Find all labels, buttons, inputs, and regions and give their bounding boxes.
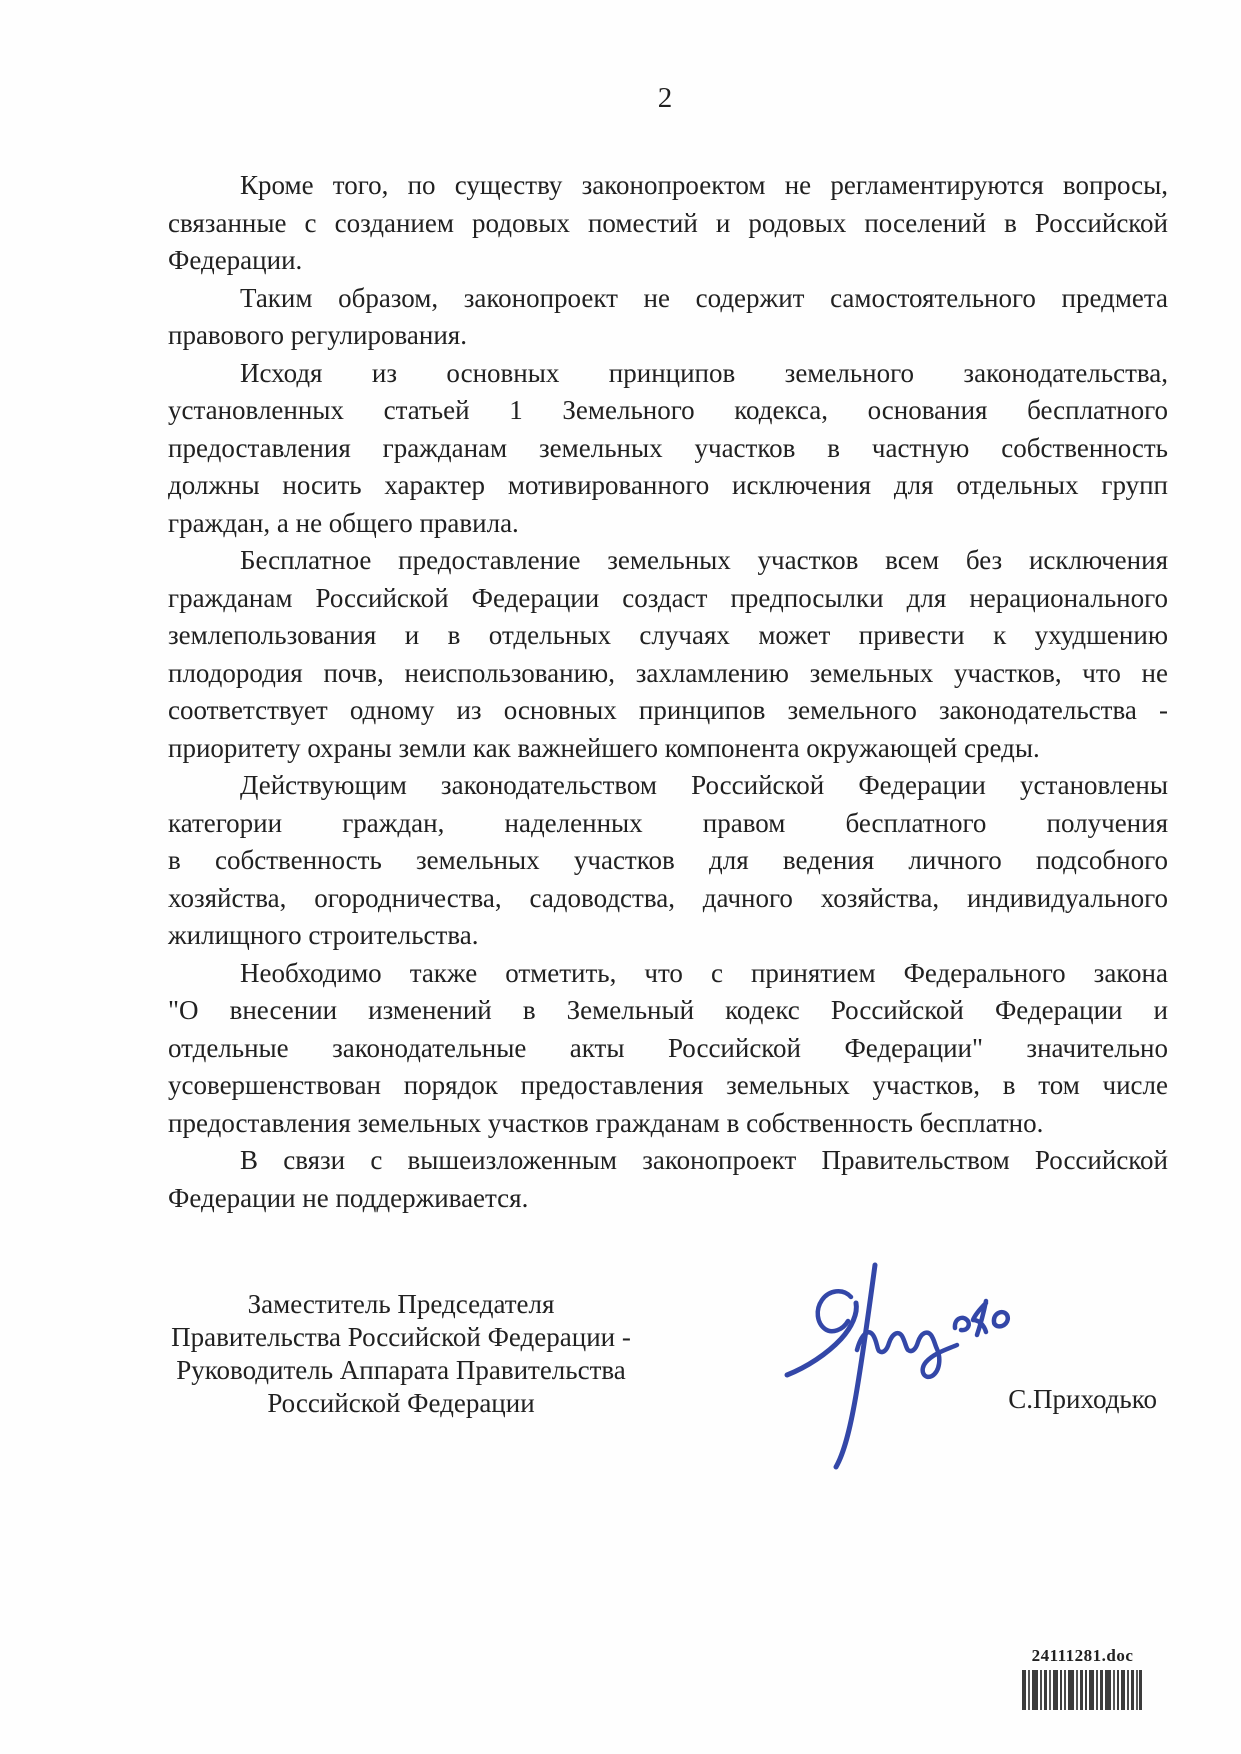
document-body: Кроме того, по существу законопроектом н… [168, 167, 1168, 1217]
text-line: граждан, а не общего правила. [168, 505, 1168, 543]
signature-stroke [787, 1303, 856, 1375]
text-line: установленных статьей 1 Земельного кодек… [168, 392, 1168, 430]
signature-title-line: Правительства Российской Федерации - [151, 1321, 651, 1354]
document-page: 2 Кроме того, по существу законопроектом… [0, 0, 1241, 1754]
signature-stroke [994, 1312, 1008, 1326]
text-line: должны носить характер мотивированного и… [168, 467, 1168, 505]
text-line: правового регулирования. [168, 317, 1168, 355]
text-line: усовершенствован порядок предоставления … [168, 1067, 1168, 1105]
text-line: приоритету охраны земли как важнейшего к… [168, 730, 1168, 768]
signature-ink-icon [765, 1255, 1015, 1470]
signature-stroke [955, 1318, 969, 1330]
signature-stroke [818, 1291, 851, 1331]
text-line: предоставления земельных участков гражда… [168, 1105, 1168, 1143]
filename-label: 24111281.doc [1005, 1646, 1160, 1666]
text-line: Кроме того, по существу законопроектом н… [168, 167, 1168, 205]
text-line: связанные с созданием родовых поместий и… [168, 205, 1168, 243]
text-line: Таким образом, законопроект не содержит … [168, 280, 1168, 318]
text-line: предоставления гражданам земельных участ… [168, 430, 1168, 468]
text-line: плодородия почв, неиспользованию, захлам… [168, 655, 1168, 693]
text-line: землепользования и в отдельных случаях м… [168, 617, 1168, 655]
text-line: Федерации не поддерживается. [168, 1180, 1168, 1218]
text-line: "О внесении изменений в Земельный кодекс… [168, 992, 1168, 1030]
signature-title-line: Российской Федерации [151, 1387, 651, 1420]
barcode-image [1022, 1670, 1142, 1710]
signature-stroke [836, 1265, 875, 1467]
text-line: Необходимо также отметить, что с приняти… [168, 955, 1168, 993]
signature-stroke [973, 1301, 986, 1335]
text-line: гражданам Российской Федерации создаст п… [168, 580, 1168, 618]
signer-name: С.Приходько [1008, 1384, 1157, 1415]
text-line: Федерации. [168, 242, 1168, 280]
signature-title-line: Руководитель Аппарата Правительства [151, 1354, 651, 1387]
text-line: жилищного строительства. [168, 917, 1168, 955]
page-number: 2 [640, 82, 690, 115]
text-line: В связи с вышеизложенным законопроект Пр… [168, 1142, 1168, 1180]
text-line: Исходя из основных принципов земельного … [168, 355, 1168, 393]
text-line: Действующим законодательством Российской… [168, 767, 1168, 805]
text-line: в собственность земельных участков для в… [168, 842, 1168, 880]
signature-title: Заместитель ПредседателяПравительства Ро… [151, 1288, 651, 1420]
text-line: хозяйства, огородничества, садоводства, … [168, 880, 1168, 918]
text-line: категории граждан, наделенных правом бес… [168, 805, 1168, 843]
signature-title-line: Заместитель Председателя [151, 1288, 651, 1321]
signature-stroke [857, 1332, 957, 1377]
text-line: Бесплатное предоставление земельных учас… [168, 542, 1168, 580]
text-line: отдельные законодательные акты Российско… [168, 1030, 1168, 1068]
text-line: соответствует одному из основных принцип… [168, 692, 1168, 730]
